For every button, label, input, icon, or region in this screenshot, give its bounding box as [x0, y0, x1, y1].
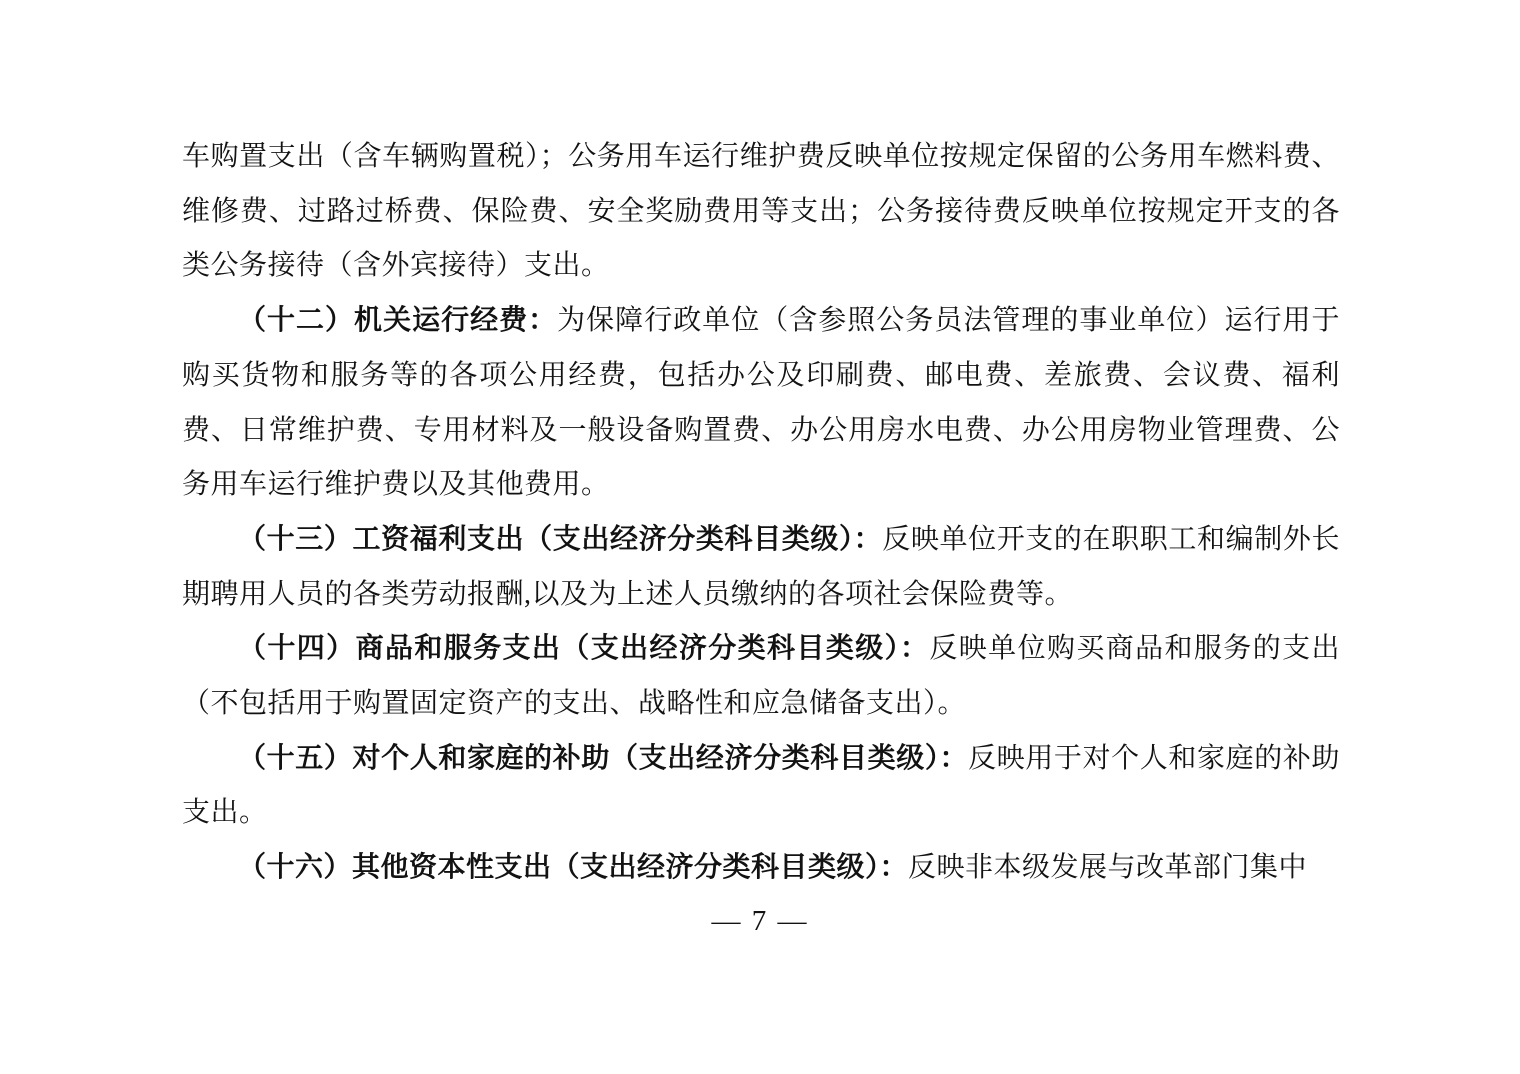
paragraph: （十三）工资福利支出（支出经济分类科目类级）：反映单位开支的在职职工和编制外长期… — [182, 513, 1340, 622]
page-number: — 7 — — [0, 901, 1520, 941]
section-heading-run: （十四）商品和服务支出（支出经济分类科目类级）： — [238, 633, 929, 664]
body-text-run: 车购置支出（含车辆购置税）；公务用车运行维护费反映单位按规定保留的公务用车燃料费… — [182, 141, 1340, 281]
document-body-text: 车购置支出（含车辆购置税）；公务用车运行维护费反映单位按规定保留的公务用车燃料费… — [182, 130, 1340, 896]
section-heading-run: （十二）机关运行经费： — [238, 305, 557, 336]
section-heading-run: （十五）对个人和家庭的补助（支出经济分类科目类级）： — [238, 743, 968, 774]
document-page: 车购置支出（含车辆购置税）；公务用车运行维护费反映单位按规定保留的公务用车燃料费… — [0, 0, 1520, 1074]
paragraph: （十四）商品和服务支出（支出经济分类科目类级）：反映单位购买商品和服务的支出（不… — [182, 622, 1340, 731]
section-heading-run: （十六）其他资本性支出（支出经济分类科目类级）： — [238, 852, 908, 883]
paragraph: （十六）其他资本性支出（支出经济分类科目类级）：反映非本级发展与改革部门集中 — [182, 841, 1340, 896]
paragraph: （十五）对个人和家庭的补助（支出经济分类科目类级）：反映用于对个人和家庭的补助支… — [182, 732, 1340, 841]
paragraph: 车购置支出（含车辆购置税）；公务用车运行维护费反映单位按规定保留的公务用车燃料费… — [182, 130, 1340, 294]
paragraph: （十二）机关运行经费：为保障行政单位（含参照公务员法管理的事业单位）运行用于购买… — [182, 294, 1340, 513]
section-heading-run: （十三）工资福利支出（支出经济分类科目类级）： — [238, 524, 882, 555]
body-text-run: 反映非本级发展与改革部门集中 — [908, 852, 1307, 883]
